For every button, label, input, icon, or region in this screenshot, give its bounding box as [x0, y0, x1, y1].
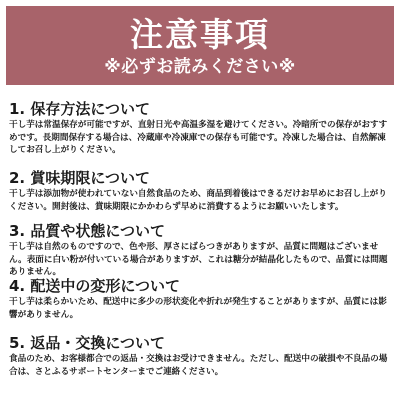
section-expiry: 2. 賞味期限について 干し芋は添加物が使われていない自然食品のため、商品到着後… [9, 170, 393, 213]
section-shipping-deformation: 4. 配送中の変形について 干し芋は柔らかいため、配送中に多少の形状変化や折れが… [9, 278, 393, 321]
notice-banner: 注意事項 ※必ずお読みください※ [6, 6, 394, 85]
section-heading: 2. 賞味期限について [9, 170, 393, 187]
section-body: 干し芋は柔らかいため、配送中に多少の形状変化や折れが発生することがありますが、品… [9, 296, 393, 321]
section-heading: 1. 保存方法について [9, 101, 393, 118]
section-heading: 5. 返品・交換について [9, 335, 393, 352]
section-heading: 3. 品質や状態について [9, 223, 393, 240]
section-returns: 5. 返品・交換について 食品のため、お客様都合での返品・交換はお受けできません… [9, 335, 393, 378]
banner-title: 注意事項 [6, 16, 394, 54]
section-storage: 1. 保存方法について 干し芋は常温保存が可能ですが、直射日光や高温多湿を避けて… [9, 101, 393, 157]
banner-subtitle: ※必ずお読みください※ [6, 57, 394, 77]
section-heading: 4. 配送中の変形について [9, 278, 393, 295]
section-body: 干し芋は自然のものですので、色や形、厚さにばらつきがありますが、品質に問題はござ… [9, 241, 393, 279]
section-quality: 3. 品質や状態について 干し芋は自然のものですので、色や形、厚さにばらつきがあ… [9, 223, 393, 279]
section-body: 干し芋は常温保存が可能ですが、直射日光や高温多湿を避けてください。冷暗所での保存… [9, 119, 393, 157]
section-body: 食品のため、お客様都合での返品・交換はお受けできません。ただし、配送中の破損や不… [9, 353, 393, 378]
section-body: 干し芋は添加物が使われていない自然食品のため、商品到着後はできるだけお早めにお召… [9, 188, 393, 213]
